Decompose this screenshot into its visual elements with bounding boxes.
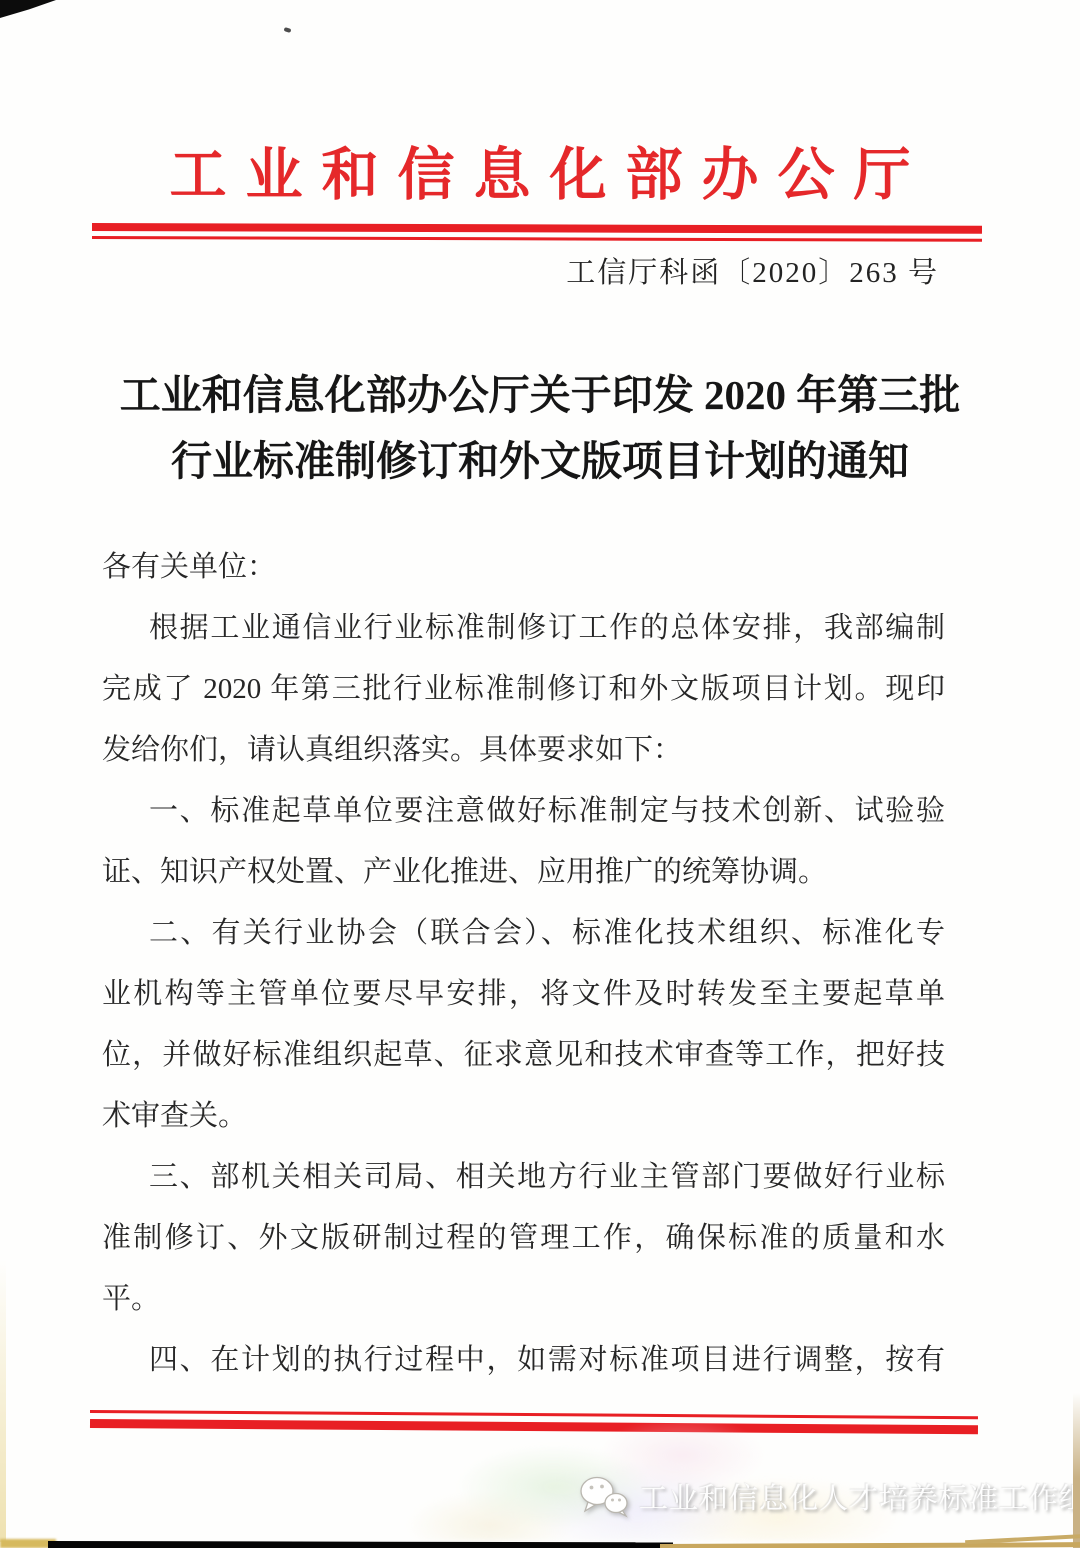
scan-edge-right [1073, 1393, 1080, 1548]
body-line: 四、在计划的执行过程中，如需对标准项目进行调整，按有 [102, 1330, 945, 1391]
document-body: 各有关单位： 根据工业通信业行业标准制修订工作的总体安排，我部编制 完成了 20… [102, 537, 945, 1391]
body-line: 术审查关。 [102, 1086, 945, 1147]
body-line: 发给你们，请认真组织落实。具体要求如下： [102, 720, 945, 781]
wechat-icon [578, 1474, 630, 1518]
body-line: 根据工业通信业行业标准制修订工作的总体安排，我部编制 [102, 598, 945, 659]
title-line-2: 行业标准制修订和外文版项目计划的通知 [0, 428, 1080, 494]
document-page: 工业和信息化部办公厅 工信厅科函〔2020〕263 号 工业和信息化部办公厅关于… [0, 0, 1080, 1548]
body-line: 一、标准起草单位要注意做好标准制定与技术创新、试验验 [102, 781, 945, 842]
red-rule-top-thick [92, 223, 982, 234]
body-line: 业机构等主管单位要尽早安排，将文件及时转发至主要起草单 [102, 964, 945, 1025]
letterhead-org-name: 工业和信息化部办公厅 [0, 144, 1080, 208]
salutation: 各有关单位： [102, 537, 945, 598]
scan-edge-bottom-black [48, 1541, 673, 1548]
watermark-label: 工业和信息化人才培养标准工作组 [639, 1476, 1080, 1517]
document-title: 工业和信息化部办公厅关于印发 2020 年第三批 行业标准制修订和外文版项目计划… [0, 362, 1080, 494]
watermark: 工业和信息化人才培养标准工作组 [578, 1474, 1080, 1518]
body-line: 平。 [102, 1269, 945, 1330]
body-line: 位，并做好标准组织起草、征求意见和技术审查等工作，把好技 [102, 1025, 945, 1086]
scan-artifact-speck [284, 27, 292, 33]
scan-artifact-corner-mark [0, 0, 56, 18]
scan-edge-left [0, 1260, 6, 1542]
body-line: 二、有关行业协会（联合会）、标准化技术组织、标准化专 [102, 903, 945, 964]
body-line: 三、部机关相关司局、相关地方行业主管部门要做好行业标 [102, 1147, 945, 1208]
red-rule-top-thin [92, 236, 982, 242]
scan-edge-bottom-right [660, 1542, 1080, 1548]
body-line: 准制修订、外文版研制过程的管理工作，确保标准的质量和水 [102, 1208, 945, 1269]
body-line: 证、知识产权处置、产业化推进、应用推广的统筹协调。 [102, 842, 945, 903]
doc-number: 工信厅科函〔2020〕263 号 [566, 256, 939, 290]
title-line-1: 工业和信息化部办公厅关于印发 2020 年第三批 [0, 362, 1080, 428]
body-line: 完成了 2020 年第三批行业标准制修订和外文版项目计划。现印 [102, 659, 945, 720]
